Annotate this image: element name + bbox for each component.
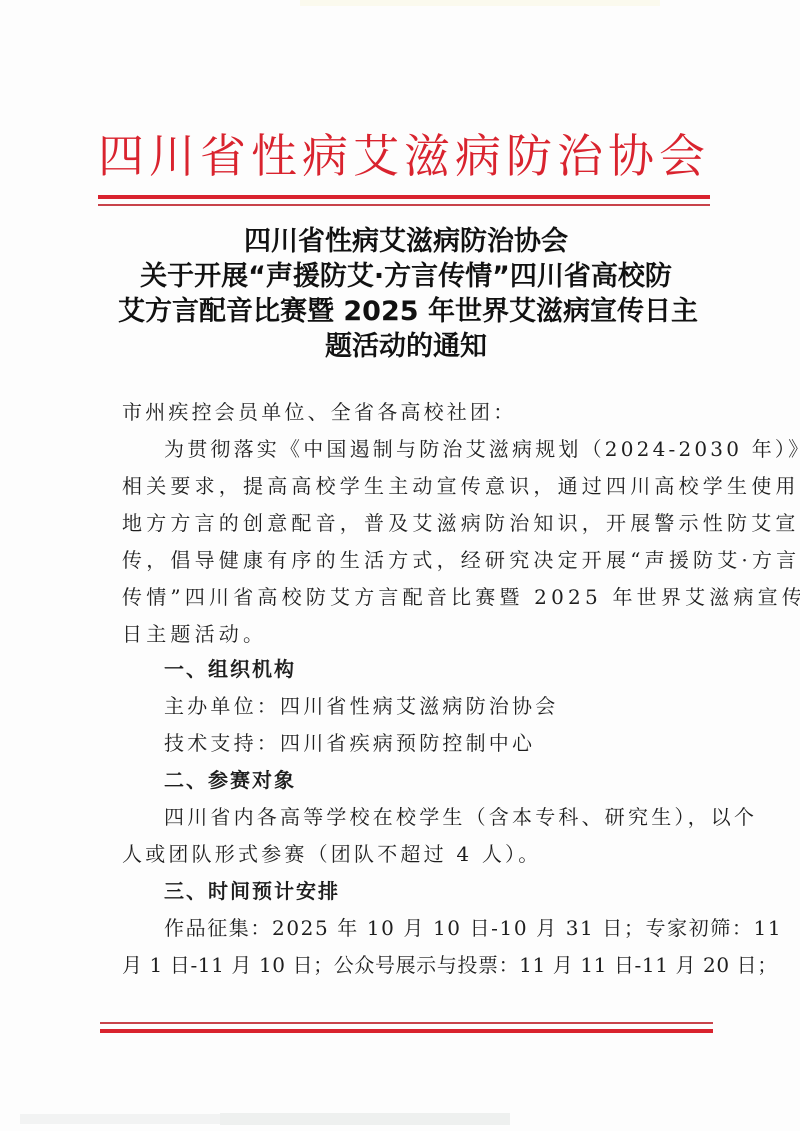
letterhead-rule-thick	[98, 195, 710, 199]
tech-support-line: 技术支持：四川省疾病预防控制中心	[122, 725, 688, 762]
intro-line-5: 传情”四川省高校防艾方言配音比赛暨 2025 年世界艾滋病宣传	[122, 579, 688, 616]
title-line-1: 四川省性病艾滋病防治协会	[118, 224, 694, 259]
scan-tint	[300, 0, 660, 6]
notice-title: 四川省性病艾滋病防治协会 关于开展“声援防艾·方言传情”四川省高校防 艾方言配音…	[118, 224, 694, 364]
intro-line-4: 传，倡导健康有序的生活方式，经研究决定开展“声援防艾·方言	[122, 542, 688, 579]
schedule-line-2: 月 1 日-11 月 10 日；公众号展示与投票：11 月 11 日-11 月 …	[122, 947, 688, 984]
intro-line-2: 相关要求，提高高校学生主动宣传意识，通过四川高校学生使用	[122, 468, 688, 505]
intro-line-3: 地方方言的创意配音，普及艾滋病防治知识，开展警示性防艾宣	[122, 505, 688, 542]
intro-line-6: 日主题活动。	[122, 616, 688, 653]
participants-line-2: 人或团队形式参赛（团队不超过 4 人）。	[122, 836, 688, 873]
footer-rule-thick	[100, 1029, 713, 1033]
section-heading-schedule: 三、时间预计安排	[122, 873, 688, 910]
notice-body: 市州疾控会员单位、全省各高校社团： 为贯彻落实《中国遏制与防治艾滋病规划（202…	[122, 394, 688, 984]
section-heading-organization: 一、组织机构	[122, 651, 688, 688]
schedule-line-1: 作品征集：2025 年 10 月 10 日-10 月 31 日；专家初筛：11	[122, 910, 688, 947]
title-line-2: 关于开展“声援防艾·方言传情”四川省高校防	[118, 259, 694, 294]
title-line-4: 题活动的通知	[118, 329, 694, 364]
salutation: 市州疾控会员单位、全省各高校社团：	[122, 394, 688, 431]
scan-artifact	[220, 1113, 510, 1125]
section-heading-participants: 二、参赛对象	[122, 762, 688, 799]
document-page: 四川省性病艾滋病防治协会 四川省性病艾滋病防治协会 关于开展“声援防艾·方言传情…	[0, 0, 800, 1131]
organizer-line: 主办单位：四川省性病艾滋病防治协会	[122, 688, 688, 725]
footer-rule-thin	[100, 1022, 713, 1024]
letterhead-rule-thin	[98, 204, 710, 206]
letterhead-title: 四川省性病艾滋病防治协会	[98, 128, 710, 184]
title-line-3: 艾方言配音比赛暨 2025 年世界艾滋病宣传日主	[118, 294, 694, 329]
participants-line-1: 四川省内各高等学校在校学生（含本专科、研究生），以个	[122, 799, 688, 836]
intro-line-1: 为贯彻落实《中国遏制与防治艾滋病规划（2024-2030 年）》	[122, 431, 688, 468]
